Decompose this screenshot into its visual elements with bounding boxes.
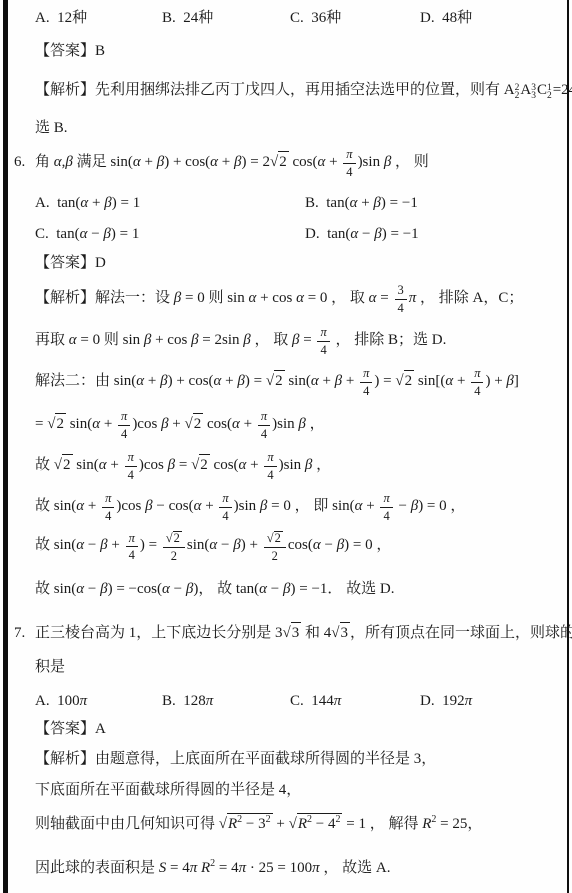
line-text: 【答案】D (35, 255, 106, 271)
line-text: 正三棱台高为 1，上下底边长分别是 3√3 和 4√3，所有顶点在同一球面上，则… (35, 625, 572, 641)
sub-superscript: 22 (515, 84, 520, 101)
line-text: 解法二：由 sin(α + β) + cos(α + β) = √2 sin(α… (35, 373, 519, 389)
q7-analysis-line: 下底面所在平面截球所得圆的半径是 4， (35, 780, 568, 801)
radical: √2 (54, 454, 73, 476)
line-text: 【解析】解法一：设 β = 0 则 sin α + cos α = 0 ， 取 … (35, 290, 523, 306)
fraction: π4 (360, 366, 372, 397)
fraction: π4 (125, 450, 137, 481)
line-text: 【答案】B (35, 43, 105, 59)
fraction: √22 (264, 530, 286, 562)
q6-analysis-line: 故 sin(α + π4)cos β − cos(α + π4)sin β = … (35, 491, 568, 522)
q6-question-line: 6.角 α,β 满足 sin(α + β) + cos(α + β) = 2√2… (14, 147, 568, 178)
sub-superscript: 33 (531, 84, 536, 101)
line-text: 积是 (35, 659, 65, 675)
line-text: 故 sin(α − β + π4) = √22sin(α − β) + √22c… (35, 537, 391, 553)
fraction: π4 (380, 491, 392, 522)
q7-options-row: A. 100πB. 128πC. 144πD. 192π (35, 691, 568, 712)
radical: √2 (47, 413, 66, 435)
q7-question-line: 7.正三棱台高为 1，上下底边长分别是 3√3 和 4√3，所有顶点在同一球面上… (14, 622, 568, 644)
q6-analysis-line: 再取 α = 0 则 sin β + cos β = 2sin β ， 取 β … (35, 325, 568, 356)
line-text: 选 B. (35, 120, 68, 136)
q5-analysis-line: 【解析】先利用捆绑法排乙丙丁戊四人，再用插空法选甲的位置，则有 A22A33C1… (35, 80, 568, 101)
option: C. 144π (290, 691, 420, 712)
line-text: 【解析】先利用捆绑法排乙丙丁戊四人，再用插空法选甲的位置，则有 A22A33C1… (35, 82, 572, 98)
line-text: 【答案】A (35, 721, 106, 737)
q7-analysis-line: 因此球的表面积是 S = 4π R2 = 4π · 25 = 100π ， 故选… (35, 858, 568, 879)
line-text: = √2 sin(α + π4)cos β + √2 cos(α + π4)si… (35, 416, 325, 432)
option: D. 48种 (420, 8, 568, 29)
fraction: π4 (258, 409, 270, 440)
fraction: π4 (317, 325, 329, 356)
option: D. 192π (420, 691, 568, 712)
line-text: 故 √2 sin(α + π4)cos β = √2 cos(α + π4)si… (35, 457, 331, 473)
line-text: 故 sin(α − β) = −cos(α − β)， 故 tan(α − β)… (35, 581, 394, 597)
q7-analysis-line: 【解析】由题意得，上底面所在平面截球所得圆的半径是 3， (35, 749, 568, 770)
q6-analysis-line: 故 √2 sin(α + π4)cos β = √2 cos(α + π4)si… (35, 450, 568, 481)
fraction: π4 (219, 491, 231, 522)
radical: √3 (283, 622, 302, 644)
line-text: 故 sin(α + π4)cos β − cos(α + π4)sin β = … (35, 498, 465, 514)
fraction: π4 (471, 366, 483, 397)
fraction: 34 (395, 283, 407, 314)
line-text: 因此球的表面积是 S = 4π R2 = 4π · 25 = 100π ， 故选… (35, 860, 390, 876)
fraction: π4 (343, 147, 355, 178)
document-content: A. 12种B. 24种C. 36种D. 48种【答案】B【解析】先利用捆绑法排… (0, 0, 572, 893)
option: B. tan(α + β) = −1 (305, 193, 568, 214)
radical: √2 (191, 454, 210, 476)
q6-options-row: A. tan(α + β) = 1B. tan(α + β) = −1 (35, 193, 568, 214)
radical: √2 (185, 413, 204, 435)
line-text: 再取 α = 0 则 sin β + cos β = 2sin β ， 取 β … (35, 332, 446, 348)
option: C. 36种 (290, 8, 420, 29)
line-text: 角 α,β 满足 sin(α + β) + cos(α + β) = 2√2 c… (35, 154, 429, 170)
line-text: 下底面所在平面截球所得圆的半径是 4， (35, 782, 301, 798)
q6-options-row: C. tan(α − β) = 1D. tan(α − β) = −1 (35, 224, 568, 245)
q5-options-row: A. 12种B. 24种C. 36种D. 48种 (35, 8, 568, 29)
fraction: π4 (118, 409, 130, 440)
q6-analysis-line: 故 sin(α − β + π4) = √22sin(α − β) + √22c… (35, 530, 568, 562)
radical: √R2 − 32 (219, 813, 273, 835)
fraction: π4 (264, 450, 276, 481)
option: B. 128π (162, 691, 290, 712)
line-text: 【解析】由题意得，上底面所在平面截球所得圆的半径是 3， (35, 751, 436, 767)
q5-answer-line: 【答案】B (35, 41, 568, 62)
q6-answer-line: 【答案】D (35, 253, 568, 274)
radical: √2 (270, 151, 289, 173)
option: D. tan(α − β) = −1 (305, 224, 568, 245)
radical: √R2 − 42 (289, 813, 343, 835)
q7-question-line: 积是 (35, 657, 568, 678)
q7-answer-line: 【答案】A (35, 719, 568, 740)
radical: √3 (331, 622, 350, 644)
option: A. 100π (35, 691, 162, 712)
radical: √2 (166, 531, 182, 545)
line-text: 则轴截面中由几何知识可得 √R2 − 32 + √R2 − 42 = 1 ， 解… (35, 816, 482, 832)
fraction: π4 (102, 491, 114, 522)
radical: √2 (267, 531, 283, 545)
question-number: 7. (14, 623, 35, 644)
q6-analysis-line: = √2 sin(α + π4)cos β + √2 cos(α + π4)si… (35, 409, 568, 440)
q6-analysis-line: 故 sin(α − β) = −cos(α − β)， 故 tan(α − β)… (35, 579, 568, 600)
option: B. 24种 (162, 8, 290, 29)
fraction: √22 (163, 530, 185, 562)
q7-analysis-line: 则轴截面中由几何知识可得 √R2 − 32 + √R2 − 42 = 1 ， 解… (35, 813, 568, 835)
option: A. 12种 (35, 8, 162, 29)
q6-analysis-line: 解法二：由 sin(α + β) + cos(α + β) = √2 sin(α… (35, 366, 568, 397)
option: C. tan(α − β) = 1 (35, 224, 305, 245)
sub-superscript: 12 (547, 84, 552, 101)
scanned-document-page: A. 12种B. 24种C. 36种D. 48种【答案】B【解析】先利用捆绑法排… (0, 0, 572, 893)
q6-analysis-line: 【解析】解法一：设 β = 0 则 sin α + cos α = 0 ， 取 … (35, 283, 568, 314)
q5-analysis-line: 选 B. (35, 118, 568, 139)
question-number: 6. (14, 152, 35, 173)
radical: √2 (266, 370, 285, 392)
radical: √2 (395, 370, 414, 392)
option: A. tan(α + β) = 1 (35, 193, 305, 214)
fraction: π4 (126, 531, 138, 562)
